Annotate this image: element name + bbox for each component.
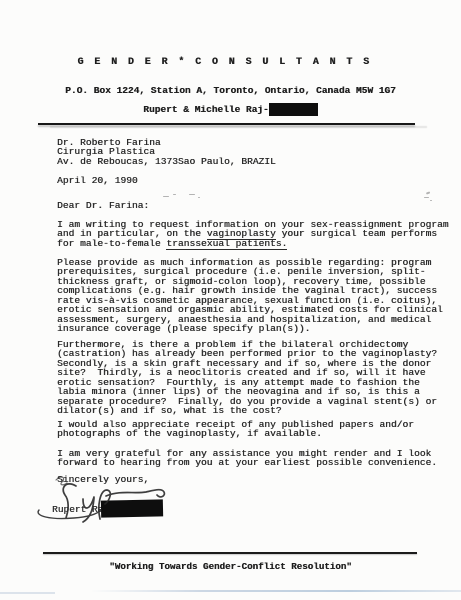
- body-paragraph-1: I am writing to request information on y…: [57, 220, 449, 248]
- scan-edge-artifact: [90, 590, 461, 592]
- org-name: G E N D E R * C O N S U L T A N T S: [0, 57, 455, 68]
- footer-divider-rule: [43, 552, 417, 554]
- pencil-mark: [424, 197, 429, 198]
- body-paragraph-3: Furthermore, is there a problem if the b…: [57, 340, 449, 416]
- directors-names: Rupert & Michelle Raj-: [143, 104, 268, 115]
- pencil-mark: [173, 194, 176, 195]
- pencil-mark: [198, 197, 200, 198]
- salutation: Dear Dr. Farina:: [57, 201, 449, 210]
- date-line: April 20, 1990: [57, 176, 449, 185]
- letterhead-directors: Rupert & Michelle Raj-: [0, 102, 461, 116]
- letterhead-address: P.O. Box 1224, Station A, Toronto, Ontar…: [0, 85, 461, 96]
- pencil-mark: [163, 196, 169, 197]
- scanned-letter-page: G E N D E R * C O N S U L T A N T S P.O.…: [0, 0, 461, 600]
- footer-slogan: "Working Towards Gender-Conflict Resolut…: [0, 561, 461, 572]
- body-paragraph-4: I would also appreciate receipt of any p…: [57, 420, 449, 439]
- pencil-mark: [426, 191, 430, 194]
- scan-edge-artifact: [0, 592, 55, 594]
- redaction-box-header: [269, 103, 318, 116]
- letterhead-divider-rule: [38, 123, 415, 125]
- underlined-term: transsexual patients.: [166, 238, 287, 250]
- handwritten-signature: [36, 466, 176, 526]
- recipient-address: Dr. Roberto Farina Cirurgia Plastica Av.…: [57, 138, 449, 166]
- pencil-mark: [189, 194, 195, 195]
- body-paragraph-2: Please provide as much information as po…: [57, 258, 449, 334]
